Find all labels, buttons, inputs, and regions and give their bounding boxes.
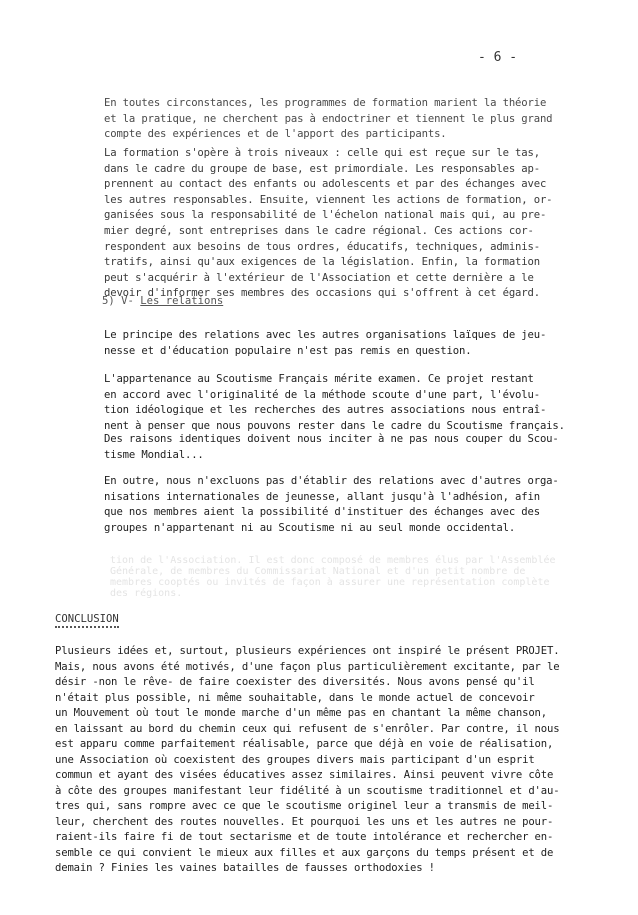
section-heading: 5) V- Les relations xyxy=(102,295,223,307)
paragraph-scoutisme-mondial: Des raisons identiques doivent nous inci… xyxy=(104,432,559,463)
paragraph-conclusion: Plusieurs idées et, surtout, plusieurs e… xyxy=(55,644,559,877)
section-title: Les relations xyxy=(140,295,223,307)
paragraph-relations-principle: Le principe des relations avec les autre… xyxy=(104,328,546,359)
paragraph-international-relations: En outre, nous n'excluons pas d'établir … xyxy=(104,474,559,536)
document-page: tion de l'Association. Il est donc compo… xyxy=(0,0,638,915)
paragraph-scoutisme-francais: L'appartenance au Scoutisme Français mér… xyxy=(104,372,565,434)
section-number: 5) V- xyxy=(102,295,134,307)
conclusion-heading: CONCLUSION xyxy=(55,613,119,628)
show-through-text: tion de l'Association. Il est donc compo… xyxy=(110,555,556,599)
paragraph-formation-levels: La formation s'opère à trois niveaux : c… xyxy=(104,146,552,302)
page-number: - 6 - xyxy=(478,50,517,65)
paragraph-formation-programmes: En toutes circonstances, les programmes … xyxy=(104,96,552,143)
